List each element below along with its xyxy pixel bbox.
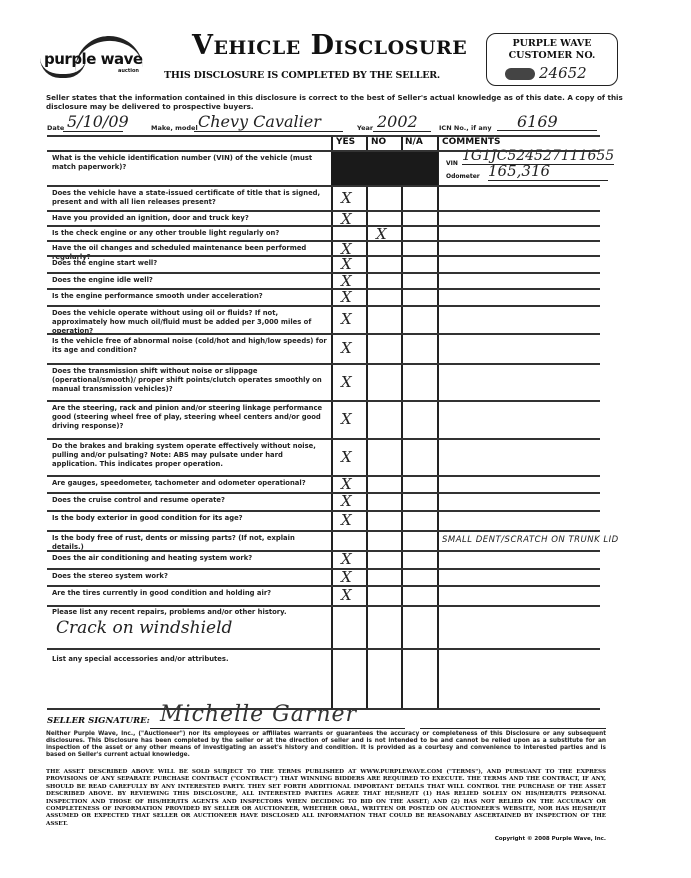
answer-cell-na[interactable] — [403, 333, 437, 363]
check-mark-icon: X — [341, 288, 352, 306]
row-divider — [47, 568, 600, 570]
question-text: Does the cruise control and resume opera… — [52, 496, 328, 505]
answer-cell-yes[interactable]: X — [333, 492, 367, 510]
answer-cell-no[interactable] — [368, 400, 402, 438]
answer-cell-na[interactable] — [403, 438, 437, 475]
answer-cell-yes[interactable]: X — [333, 255, 367, 272]
answer-cell-yes[interactable]: X — [333, 288, 367, 305]
row-divider — [47, 185, 600, 187]
answer-cell-yes[interactable]: X — [333, 438, 367, 475]
row-divider — [47, 492, 600, 494]
divider-comments — [437, 135, 439, 708]
answer-cell-yes[interactable] — [333, 225, 367, 240]
answer-cell-no[interactable] — [368, 585, 402, 605]
question-text: Are the steering, rack and pinion and/or… — [52, 404, 328, 431]
answer-cell-yes[interactable]: X — [333, 363, 367, 400]
year-label: Year — [357, 124, 373, 132]
row-divider — [47, 550, 600, 552]
question-text: Does the engine idle well? — [52, 276, 328, 285]
answer-cell-no[interactable] — [368, 305, 402, 333]
question-text: Does the air conditioning and heating sy… — [52, 554, 328, 563]
question-text: Are the tires currently in good conditio… — [52, 589, 328, 598]
answer-cell-na[interactable] — [403, 210, 437, 225]
answer-cell-no[interactable] — [368, 240, 402, 255]
row-divider — [47, 288, 600, 290]
question-text: Have you provided an ignition, door and … — [52, 214, 328, 223]
answer-cell-na[interactable] — [403, 492, 437, 510]
page-subtitle: THIS DISCLOSURE IS COMPLETED BY THE SELL… — [164, 70, 440, 81]
question-text: Does the transmission shift without nois… — [52, 367, 328, 394]
row-divider — [47, 510, 600, 512]
check-mark-icon: X — [341, 255, 352, 273]
signature-line-extension — [420, 728, 606, 729]
check-mark-icon: X — [341, 189, 352, 207]
answer-cell-na[interactable] — [403, 240, 437, 255]
disclaimer-text: Neither Purple Wave, Inc., ("Auctioneer"… — [46, 731, 606, 759]
answer-cell-no[interactable]: X — [368, 225, 402, 240]
answer-cell-yes[interactable]: X — [333, 550, 367, 568]
date-label: Date — [47, 124, 64, 132]
customer-number-box: PURPLE WAVE CUSTOMER NO. 24652 — [486, 33, 618, 86]
check-mark-icon: X — [341, 550, 352, 568]
col-header-na: N/A — [405, 137, 423, 147]
answer-cell-na[interactable] — [403, 363, 437, 400]
purple-wave-logo: purple wave auction — [36, 36, 146, 76]
answer-cell-no[interactable] — [368, 333, 402, 363]
question-text: Do the brakes and braking system operate… — [52, 442, 328, 469]
repairs-bottom-line — [47, 648, 600, 650]
answer-cell-na[interactable] — [403, 150, 437, 185]
answer-cell-no[interactable] — [368, 530, 402, 550]
question-text: Is the check engine or any other trouble… — [52, 229, 328, 238]
answer-cell-no[interactable] — [368, 363, 402, 400]
check-mark-icon: X — [341, 448, 352, 466]
question-text: Are gauges, speedometer, tachometer and … — [52, 479, 328, 488]
legal-terms-text: The asset described above will be sold s… — [46, 769, 606, 828]
row-divider — [47, 333, 600, 335]
answer-cell-na[interactable] — [403, 530, 437, 550]
question-text: Does the vehicle operate without using o… — [52, 309, 328, 336]
check-mark-icon: X — [341, 475, 352, 493]
answer-cell-na[interactable] — [403, 400, 437, 438]
accessories-label: List any special accessories and/or attr… — [52, 655, 328, 664]
row-divider — [47, 272, 600, 274]
logo-text: purple wave — [44, 50, 143, 68]
check-mark-icon: X — [341, 373, 352, 391]
row-divider — [47, 255, 600, 257]
answer-cell-yes[interactable]: X — [333, 400, 367, 438]
answer-cell-na[interactable] — [403, 585, 437, 605]
year-field[interactable]: 2002 — [373, 112, 431, 132]
answer-cell-yes[interactable]: X — [333, 272, 367, 288]
answer-cell-no[interactable] — [368, 255, 402, 272]
row-divider — [47, 605, 600, 607]
check-mark-icon: X — [341, 410, 352, 428]
answer-cell-na[interactable] — [403, 510, 437, 530]
answer-cell-no[interactable] — [368, 185, 402, 210]
answer-cell-na[interactable] — [403, 272, 437, 288]
answer-cell-yes[interactable]: X — [333, 240, 367, 255]
row-divider — [47, 225, 600, 227]
check-mark-icon: X — [341, 511, 352, 529]
check-mark-icon: X — [341, 339, 352, 357]
row-divider — [47, 475, 600, 477]
icn-label: ICN No., if any — [439, 124, 492, 132]
customer-number: 24652 — [505, 64, 587, 82]
make-model-label: Make, model — [151, 124, 198, 132]
repairs-value[interactable]: Crack on windshield — [56, 618, 232, 638]
question-text: Is the body exterior in good condition f… — [52, 514, 328, 523]
answer-cell-yes[interactable]: X — [333, 185, 367, 210]
row-divider — [47, 305, 600, 307]
header-bottom-line — [47, 150, 600, 152]
answer-cell-na[interactable] — [403, 225, 437, 240]
table-top-line — [47, 135, 600, 137]
customer-box-line2: CUSTOMER NO. — [487, 50, 617, 61]
answer-cell-no[interactable] — [368, 210, 402, 225]
answer-cell-na[interactable] — [403, 475, 437, 492]
answer-cell-yes[interactable]: X — [333, 510, 367, 530]
question-text: Is the engine performance smooth under a… — [52, 292, 328, 301]
col-header-no: NO — [371, 137, 386, 147]
answer-cell-no[interactable] — [368, 150, 402, 185]
icn-field[interactable]: 6169 — [497, 112, 597, 131]
answer-cell-yes[interactable] — [333, 150, 367, 185]
scribble-mark-icon — [505, 68, 535, 80]
answer-cell-yes[interactable]: X — [333, 333, 367, 363]
answer-cell-yes[interactable]: X — [333, 210, 367, 225]
answer-cell-na[interactable] — [403, 568, 437, 585]
odometer-value[interactable]: 165,316 — [488, 162, 608, 181]
question-text: Does the vehicle have a state-issued cer… — [52, 189, 328, 207]
answer-cell-no[interactable] — [368, 568, 402, 585]
answer-cell-yes[interactable] — [333, 530, 367, 550]
seller-signature[interactable]: Michelle Garner — [160, 702, 357, 727]
answer-cell-yes[interactable]: X — [333, 585, 367, 605]
question-text: Does the stereo system work? — [52, 572, 328, 581]
answer-cell-no[interactable] — [368, 510, 402, 530]
question-text: Is the vehicle free of abnormal noise (c… — [52, 337, 328, 355]
answer-cell-na[interactable] — [403, 185, 437, 210]
logo-subtext: auction — [118, 68, 139, 74]
make-model-field[interactable]: Chevy Cavalier — [194, 112, 343, 132]
answer-cell-no[interactable] — [368, 492, 402, 510]
col-header-comments: COMMENTS — [442, 137, 500, 147]
customer-number-value: 24652 — [539, 64, 587, 82]
comment-text[interactable]: SMALL DENT/SCRATCH ON TRUNK LID — [442, 535, 619, 545]
answer-cell-na[interactable] — [403, 550, 437, 568]
row-divider — [47, 585, 600, 587]
col-header-yes: YES — [336, 137, 355, 147]
copyright-text: Copyright © 2008 Purple Wave, Inc. — [460, 836, 606, 842]
answer-cell-na[interactable] — [403, 305, 437, 333]
answer-cell-yes[interactable]: X — [333, 568, 367, 585]
question-text: Does the engine start well? — [52, 259, 328, 268]
answer-cell-no[interactable] — [368, 438, 402, 475]
row-divider — [47, 438, 600, 440]
check-mark-icon: X — [341, 586, 352, 604]
answer-cell-no[interactable] — [368, 288, 402, 305]
check-mark-icon: X — [341, 492, 352, 510]
check-mark-icon: X — [341, 310, 352, 328]
answer-cell-na[interactable] — [403, 255, 437, 272]
vehicle-info-line: Date 5/10/09 Make, model Chevy Cavalier … — [47, 112, 607, 134]
customer-box-line1: PURPLE WAVE — [487, 38, 617, 49]
vin-label: VIN — [446, 160, 458, 167]
answer-cell-na[interactable] — [403, 288, 437, 305]
seller-statement: Seller states that the information conta… — [46, 93, 656, 111]
odometer-label: Odometer — [446, 173, 480, 180]
row-divider — [47, 210, 600, 212]
repairs-label: Please list any recent repairs, problems… — [52, 608, 328, 617]
answer-cell-no[interactable] — [368, 550, 402, 568]
row-divider — [47, 400, 600, 402]
seller-signature-label: SELLER SIGNATURE: — [47, 716, 150, 726]
row-divider — [47, 240, 600, 242]
signature-line — [150, 728, 405, 729]
row-divider — [47, 530, 600, 532]
answer-cell-yes[interactable]: X — [333, 475, 367, 492]
page-title: Vehicle Disclosure — [192, 30, 467, 61]
answer-cell-no[interactable] — [368, 475, 402, 492]
row-divider — [47, 363, 600, 365]
answer-cell-yes[interactable]: X — [333, 305, 367, 333]
answer-cell-no[interactable] — [368, 272, 402, 288]
date-field[interactable]: 5/10/09 — [63, 112, 123, 132]
question-text: What is the vehicle identification numbe… — [52, 154, 328, 172]
check-mark-icon: X — [341, 568, 352, 586]
